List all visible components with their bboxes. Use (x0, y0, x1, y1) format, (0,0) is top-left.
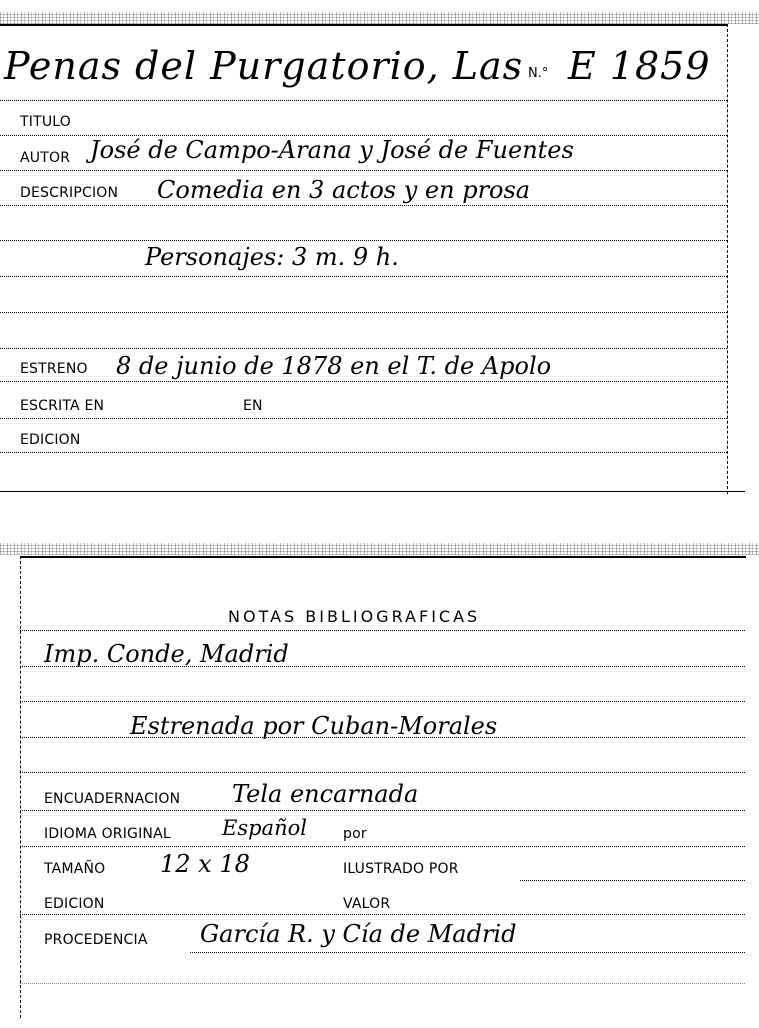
rule-estreno (0, 381, 727, 382)
value-tamano: 12 x 18 (160, 850, 250, 878)
value-autor: José de Campo-Arana y José de Fuentes (90, 136, 574, 164)
rule-note-1 (20, 666, 745, 667)
rule-blank-4 (20, 701, 745, 702)
label-estreno: ESTRENO (20, 361, 88, 377)
label-autor: AUTOR (20, 150, 70, 166)
value-descripcion: Comedia en 3 actos y en prosa (157, 176, 530, 204)
rule-edicion-valor (20, 914, 745, 915)
label-ilustrado-por: ILUSTRADO POR (343, 861, 459, 877)
rule-edicion-top (0, 452, 727, 453)
rule-ilustrado (520, 880, 745, 881)
rule-escrita-en (0, 418, 727, 419)
label-tamano: TAMAÑO (44, 861, 105, 877)
rule-encuadernacion (20, 810, 745, 811)
value-estreno: 8 de junio de 1878 en el T. de Apolo (116, 352, 551, 380)
rule-personajes (0, 276, 727, 277)
label-valor: VALOR (343, 896, 390, 912)
rule-blank-6 (20, 983, 745, 984)
label-escrita-en: ESCRITA EN (20, 398, 104, 414)
rule-title (0, 100, 727, 101)
rule-blank-1 (0, 240, 727, 241)
title-handwritten: Penas del Purgatorio, Las (4, 44, 523, 88)
label-titulo: TITULO (20, 114, 71, 130)
rule-procedencia (190, 952, 745, 953)
value-idioma-original: Español (222, 816, 307, 840)
label-por: por (343, 826, 367, 842)
label-edicion-bottom: EDICION (44, 896, 105, 912)
rule-idioma (20, 846, 745, 847)
note-2: Estrenada por Cuban-Morales (130, 712, 497, 740)
rule-note-2 (20, 737, 745, 738)
rule-blank-3 (0, 348, 727, 349)
value-procedencia: García R. y Cía de Madrid (200, 920, 516, 948)
note-1: Imp. Conde, Madrid (44, 640, 289, 668)
value-encuadernacion: Tela encarnada (232, 780, 418, 808)
label-encuadernacion: ENCUADERNACION (44, 791, 180, 807)
rule-heading (20, 630, 745, 631)
scan-edge-noise (0, 12, 759, 24)
scan-edge-noise-bottom (0, 543, 759, 555)
rule-autor (0, 170, 727, 171)
card-front-bottom-edge (0, 491, 745, 492)
catalog-number: E 1859 (568, 44, 711, 88)
rule-blank-2 (0, 312, 727, 313)
value-personajes: Personajes: 3 m. 9 h. (145, 243, 399, 271)
label-edicion-top: EDICION (20, 432, 81, 448)
notes-heading: NOTAS BIBLIOGRAFICAS (228, 607, 480, 626)
label-idioma-original: IDIOMA ORIGINAL (44, 826, 171, 842)
rule-descripcion (0, 205, 727, 206)
label-procedencia: PROCEDENCIA (44, 932, 148, 948)
number-label: N.° (528, 66, 548, 81)
label-descripcion: DESCRIPCION (20, 185, 118, 201)
rule-blank-5 (20, 772, 745, 773)
label-en: EN (243, 398, 263, 414)
